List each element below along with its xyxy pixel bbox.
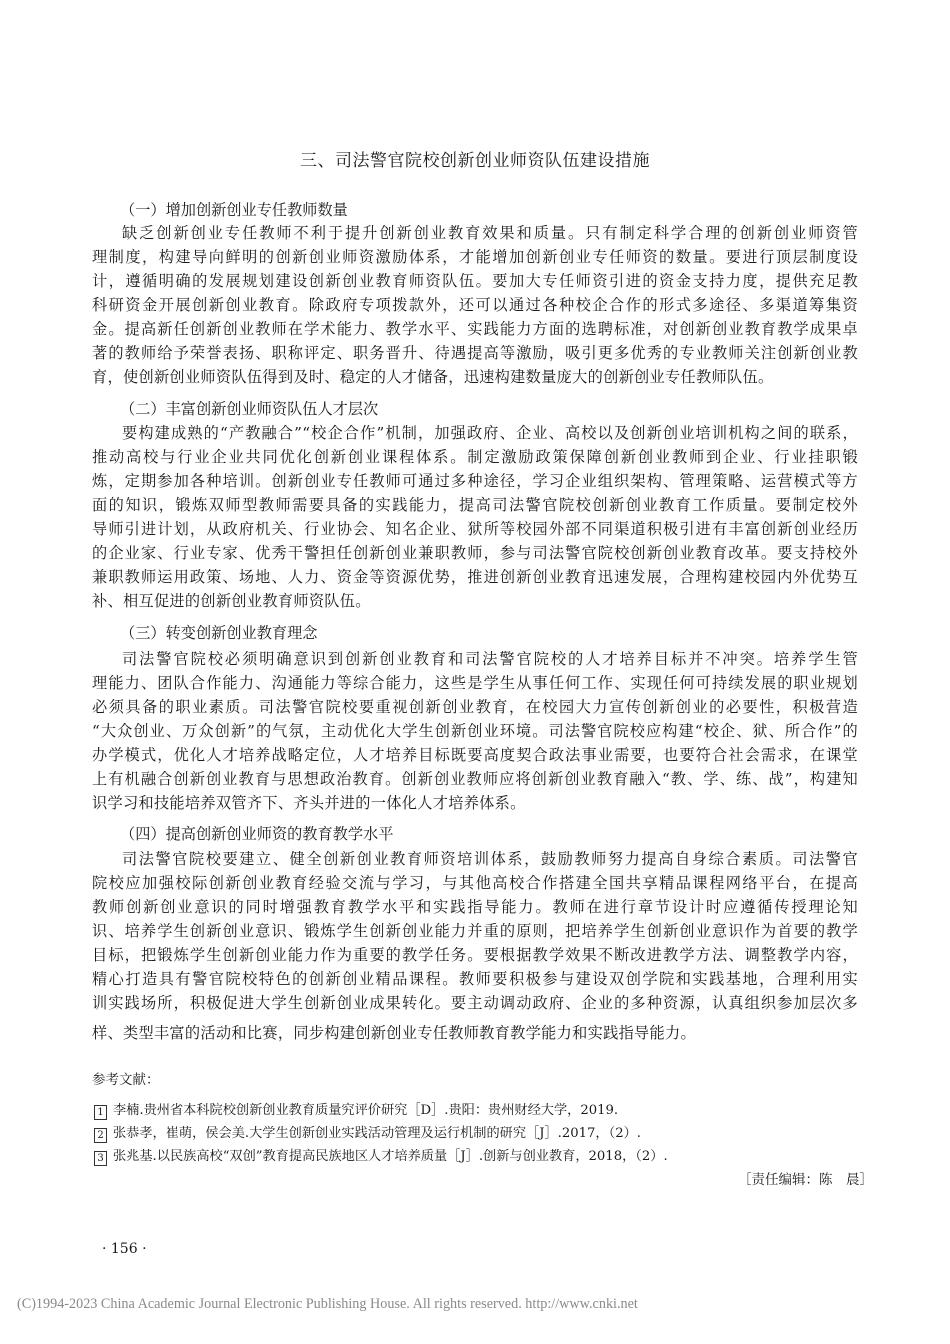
subsection-heading-2: （二）丰富创新创业师资队伍人才层次 (120, 398, 378, 420)
paragraph-line: 的企业家、行业专家、优秀干警担任创新创业兼职教师，参与司法警官院校创新创业教育改… (92, 542, 858, 564)
paragraph-line: 教师创新创业意识的同时增强教育教学水平和实践指导能力。教师在进行章节设计时应遵循… (92, 896, 858, 918)
subsection-heading-1: （一）增加创新创业专任教师数量 (120, 199, 348, 221)
reference-text: 李楠.贵州省本科院校创新创业教育质量究评价研究［D］.贵阳：贵州财经大学，201… (113, 1103, 618, 1118)
paragraph-line: 科研资金开展创新创业教育。除政府专项拨款外，还可以通过各种校企合作的形式多途径、… (92, 294, 858, 316)
paragraph-line: 目标，把锻炼学生创新创业能力作为重要的教学任务。要根据教学效果不断改进教学方法、… (92, 944, 858, 966)
reference-item: 2张恭孝，崔萌，侯会美.大学生创新创业实践活动管理及运行机制的研究［J］.201… (94, 1124, 641, 1144)
paragraph-line: 识学习和技能培养双管齐下、齐头并进的一体化人才培养体系。 (92, 792, 858, 814)
references-label: 参考文献： (92, 1068, 160, 1088)
paragraph-line: 计，遵循明确的发展规划建设创新创业教育师资队伍。要加大专任师资引进的资金支持力度… (92, 270, 858, 292)
paragraph-line: 育，使创新创业师资队伍得到及时、稳定的人才储备，迅速构建数量庞大的创新创业专任教… (92, 366, 858, 388)
paragraph-line: 要构建成熟的“产教融合”“校企合作”机制，加强政府、企业、高校以及创新创业培训机… (122, 422, 858, 444)
reference-text: 张恭孝，崔萌，侯会美.大学生创新创业实践活动管理及运行机制的研究［J］.2017… (113, 1126, 641, 1141)
page-number: · 156 · (102, 1241, 147, 1257)
paragraph-line: 精心打造具有警官院校特色的创新创业精品课程。教师要积极参与建设双创学院和实践基地… (92, 968, 858, 990)
responsible-editor: ［责任编辑：陈 晨］ (738, 1168, 873, 1188)
reference-number: 2 (94, 1128, 107, 1143)
paragraph-line: 必须具备的职业素质。司法警官院校要重视创新创业教育，在校园大力宣传创新创业的必要… (92, 696, 858, 718)
section-title: 三、司法警官院校创新创业师资队伍建设措施 (0, 146, 950, 171)
paragraph-line: 著的教师给予荣誉表扬、职称评定、职务晋升、待遇提高等激励，吸引更多优秀的专业教师… (92, 342, 858, 364)
paragraph-line: 办学模式，优化人才培养战略定位，人才培养目标既要高度契合政法事业需要，也要符合社… (92, 744, 858, 766)
paragraph-line: 金。提高新任创新创业教师在学术能力、教学水平、实践能力方面的选聘标准，对创新创业… (92, 318, 858, 340)
paragraph-line: 面的知识，锻炼双师型教师需要具备的实践能力，提高司法警官院校创新创业教育工作质量… (92, 494, 858, 516)
paragraph-line: 司法警官院校必须明确意识到创新创业教育和司法警官院校的人才培养目标并不冲突。培养… (122, 648, 858, 670)
paragraph-line: “大众创业、万众创新”的气氛，主动优化大学生创新创业环境。司法警官院校应构建“校… (92, 720, 858, 742)
paragraph-line: 推动高校与行业企业共同优化创新创业课程体系。制定激励政策保障创新创业教师到企业、… (92, 446, 858, 468)
copyright-footer: (C)1994-2023 China Academic Journal Elec… (17, 1296, 638, 1313)
subsection-heading-4: （四）提高创新创业师资的教育教学水平 (120, 823, 393, 845)
reference-number: 3 (94, 1151, 107, 1166)
paragraph-line: 训实践场所，积极促进大学生创新创业成果转化。要主动调动政府、企业的多种资源，认真… (92, 992, 858, 1014)
paragraph-line: 理能力、团队合作能力、沟通能力等综合能力，这些是学生从事任何工作、实现任何可持续… (92, 672, 858, 694)
reference-item: 1李楠.贵州省本科院校创新创业教育质量究评价研究［D］.贵阳：贵州财经大学，20… (94, 1101, 618, 1121)
paragraph-line: 识、培养学生创新创业意识、锻炼学生创新创业能力并重的原则，把培养学生创新创业意识… (92, 920, 858, 942)
paragraph-line: 司法警官院校要建立、健全创新创业教育师资培训体系，鼓励教师努力提高自身综合素质。… (122, 848, 858, 870)
paragraph-line: 缺乏创新创业专任教师不利于提升创新创业教育效果和质量。只有制定科学合理的创新创业… (122, 222, 858, 244)
journal-page: 三、司法警官院校创新创业师资队伍建设措施 （一）增加创新创业专任教师数量 缺乏创… (0, 0, 950, 1344)
subsection-heading-3: （三）转变创新创业教育理念 (120, 622, 317, 644)
paragraph-line: 样、类型丰富的活动和比赛，同步构建创新创业专任教师教育教学能力和实践指导能力。 (92, 1022, 858, 1044)
paragraph-line: 上有机融合创新创业教育与思想政治教育。创新创业教师应将创新创业教育融入“教、学、… (92, 768, 858, 790)
paragraph-line: 导师引进计划，从政府机关、行业协会、知名企业、狱所等校园外部不同渠道积极引进有丰… (92, 518, 858, 540)
reference-number: 1 (94, 1105, 107, 1120)
paragraph-line: 院校应加强校际创新创业教育经验交流与学习，与其他高校合作搭建全国共享精品课程网络… (92, 872, 858, 894)
paragraph-line: 补、相互促进的创新创业教育师资队伍。 (92, 590, 858, 612)
reference-item: 3张兆基.以民族高校“双创”教育提高民族地区人才培养质量［J］.创新与创业教育，… (94, 1147, 668, 1167)
paragraph-line: 炼，定期参加各种培训。创新创业专任教师可通过多种途径，学习企业组织架构、管理策略… (92, 470, 858, 492)
paragraph-line: 兼职教师运用政策、场地、人力、资金等资源优势，推进创新创业教育迅速发展，合理构建… (92, 566, 858, 588)
paragraph-line: 理制度，构建导向鲜明的创新创业师资激励体系，才能增加创新创业专任师资的数量。要进… (92, 246, 858, 268)
reference-text: 张兆基.以民族高校“双创”教育提高民族地区人才培养质量［J］.创新与创业教育，2… (113, 1149, 668, 1164)
